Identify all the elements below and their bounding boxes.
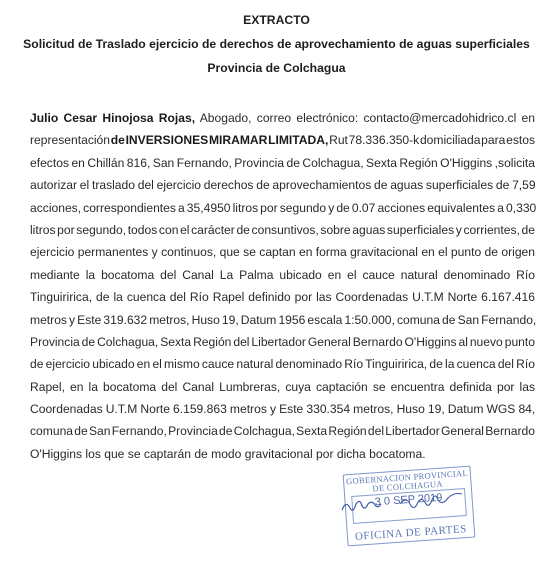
body-line: Provincia de Colchagua, Sexta Región del…	[30, 331, 535, 353]
body-line: representación de INVERSIONES MIRAMAR LI…	[30, 129, 535, 151]
document-title: EXTRACTO	[0, 13, 553, 27]
body-line: Julio Cesar Hinojosa Rojas, Abogado, cor…	[30, 107, 535, 129]
body-line: O'Higgins los que se captarán de modo gr…	[30, 443, 535, 465]
text: Tinguiririca, de la cuenca del Río Rapel…	[30, 290, 535, 304]
text: autorizar el traslado del ejercicio dere…	[30, 178, 536, 192]
document-subtitle: Solicitud de Traslado ejercicio de derec…	[0, 37, 553, 51]
text: representación	[30, 133, 111, 147]
body-line: metros y Este 319.632 metros, Huso 19, D…	[30, 309, 535, 331]
text: efectos en Chillán 816, San Fernando, Pr…	[30, 156, 535, 170]
body-line: Tinguiririca, de la cuenca del Río Rapel…	[30, 286, 535, 308]
text: acciones, correspondientes a 35,4950 lit…	[30, 201, 536, 215]
body-line: Rapel, en la bocatoma del Canal Lumbrera…	[30, 376, 535, 398]
body-line: Coordenadas U.T.M Norte 6.159.863 metros…	[30, 398, 535, 420]
handwritten-signature-icon	[338, 486, 488, 516]
text: Rapel, en la bocatoma del Canal Lumbrera…	[30, 380, 535, 394]
text: Coordenadas U.T.M Norte 6.159.863 metros…	[30, 402, 535, 416]
body-line: efectos en Chillán 816, San Fernando, Pr…	[30, 152, 535, 174]
body-line: comuna de San Fernando, Provincia de Col…	[30, 420, 535, 442]
body-line: mediante la bocatoma del Canal La Palma …	[30, 264, 535, 286]
text: Provincia de Colchagua, Sexta Región del…	[30, 335, 535, 349]
bold-text: de INVERSIONES MIRAMAR LIMITADA,	[111, 133, 329, 147]
text: ejercicio permanentes y continuos, que s…	[30, 245, 535, 259]
body-line: autorizar el traslado del ejercicio dere…	[30, 174, 535, 196]
text: O'Higgins los que se captarán de modo gr…	[30, 447, 426, 461]
text: Abogado, correo electrónico: contacto@me…	[195, 111, 535, 125]
text: litros por segundo, todos con el carácte…	[30, 223, 535, 237]
body-line: acciones, correspondientes a 35,4950 lit…	[30, 197, 535, 219]
text: comuna de San Fernando, Provincia de Col…	[30, 424, 535, 438]
text: de ejercicio ubicado en el mismo cauce n…	[30, 357, 535, 371]
body-line: de ejercicio ubicado en el mismo cauce n…	[30, 353, 535, 375]
bold-text: Julio Cesar Hinojosa Rojas,	[30, 111, 195, 125]
document-province: Provincia de Colchagua	[0, 61, 553, 75]
text: mediante la bocatoma del Canal La Palma …	[30, 268, 535, 282]
document-body: Julio Cesar Hinojosa Rojas, Abogado, cor…	[30, 107, 535, 465]
body-line: ejercicio permanentes y continuos, que s…	[30, 241, 535, 263]
text: metros y Este 319.632 metros, Huso 19, D…	[30, 313, 536, 327]
text: Rut 78.336.350-k domiciliada para estos	[328, 133, 535, 147]
body-line: litros por segundo, todos con el carácte…	[30, 219, 535, 241]
